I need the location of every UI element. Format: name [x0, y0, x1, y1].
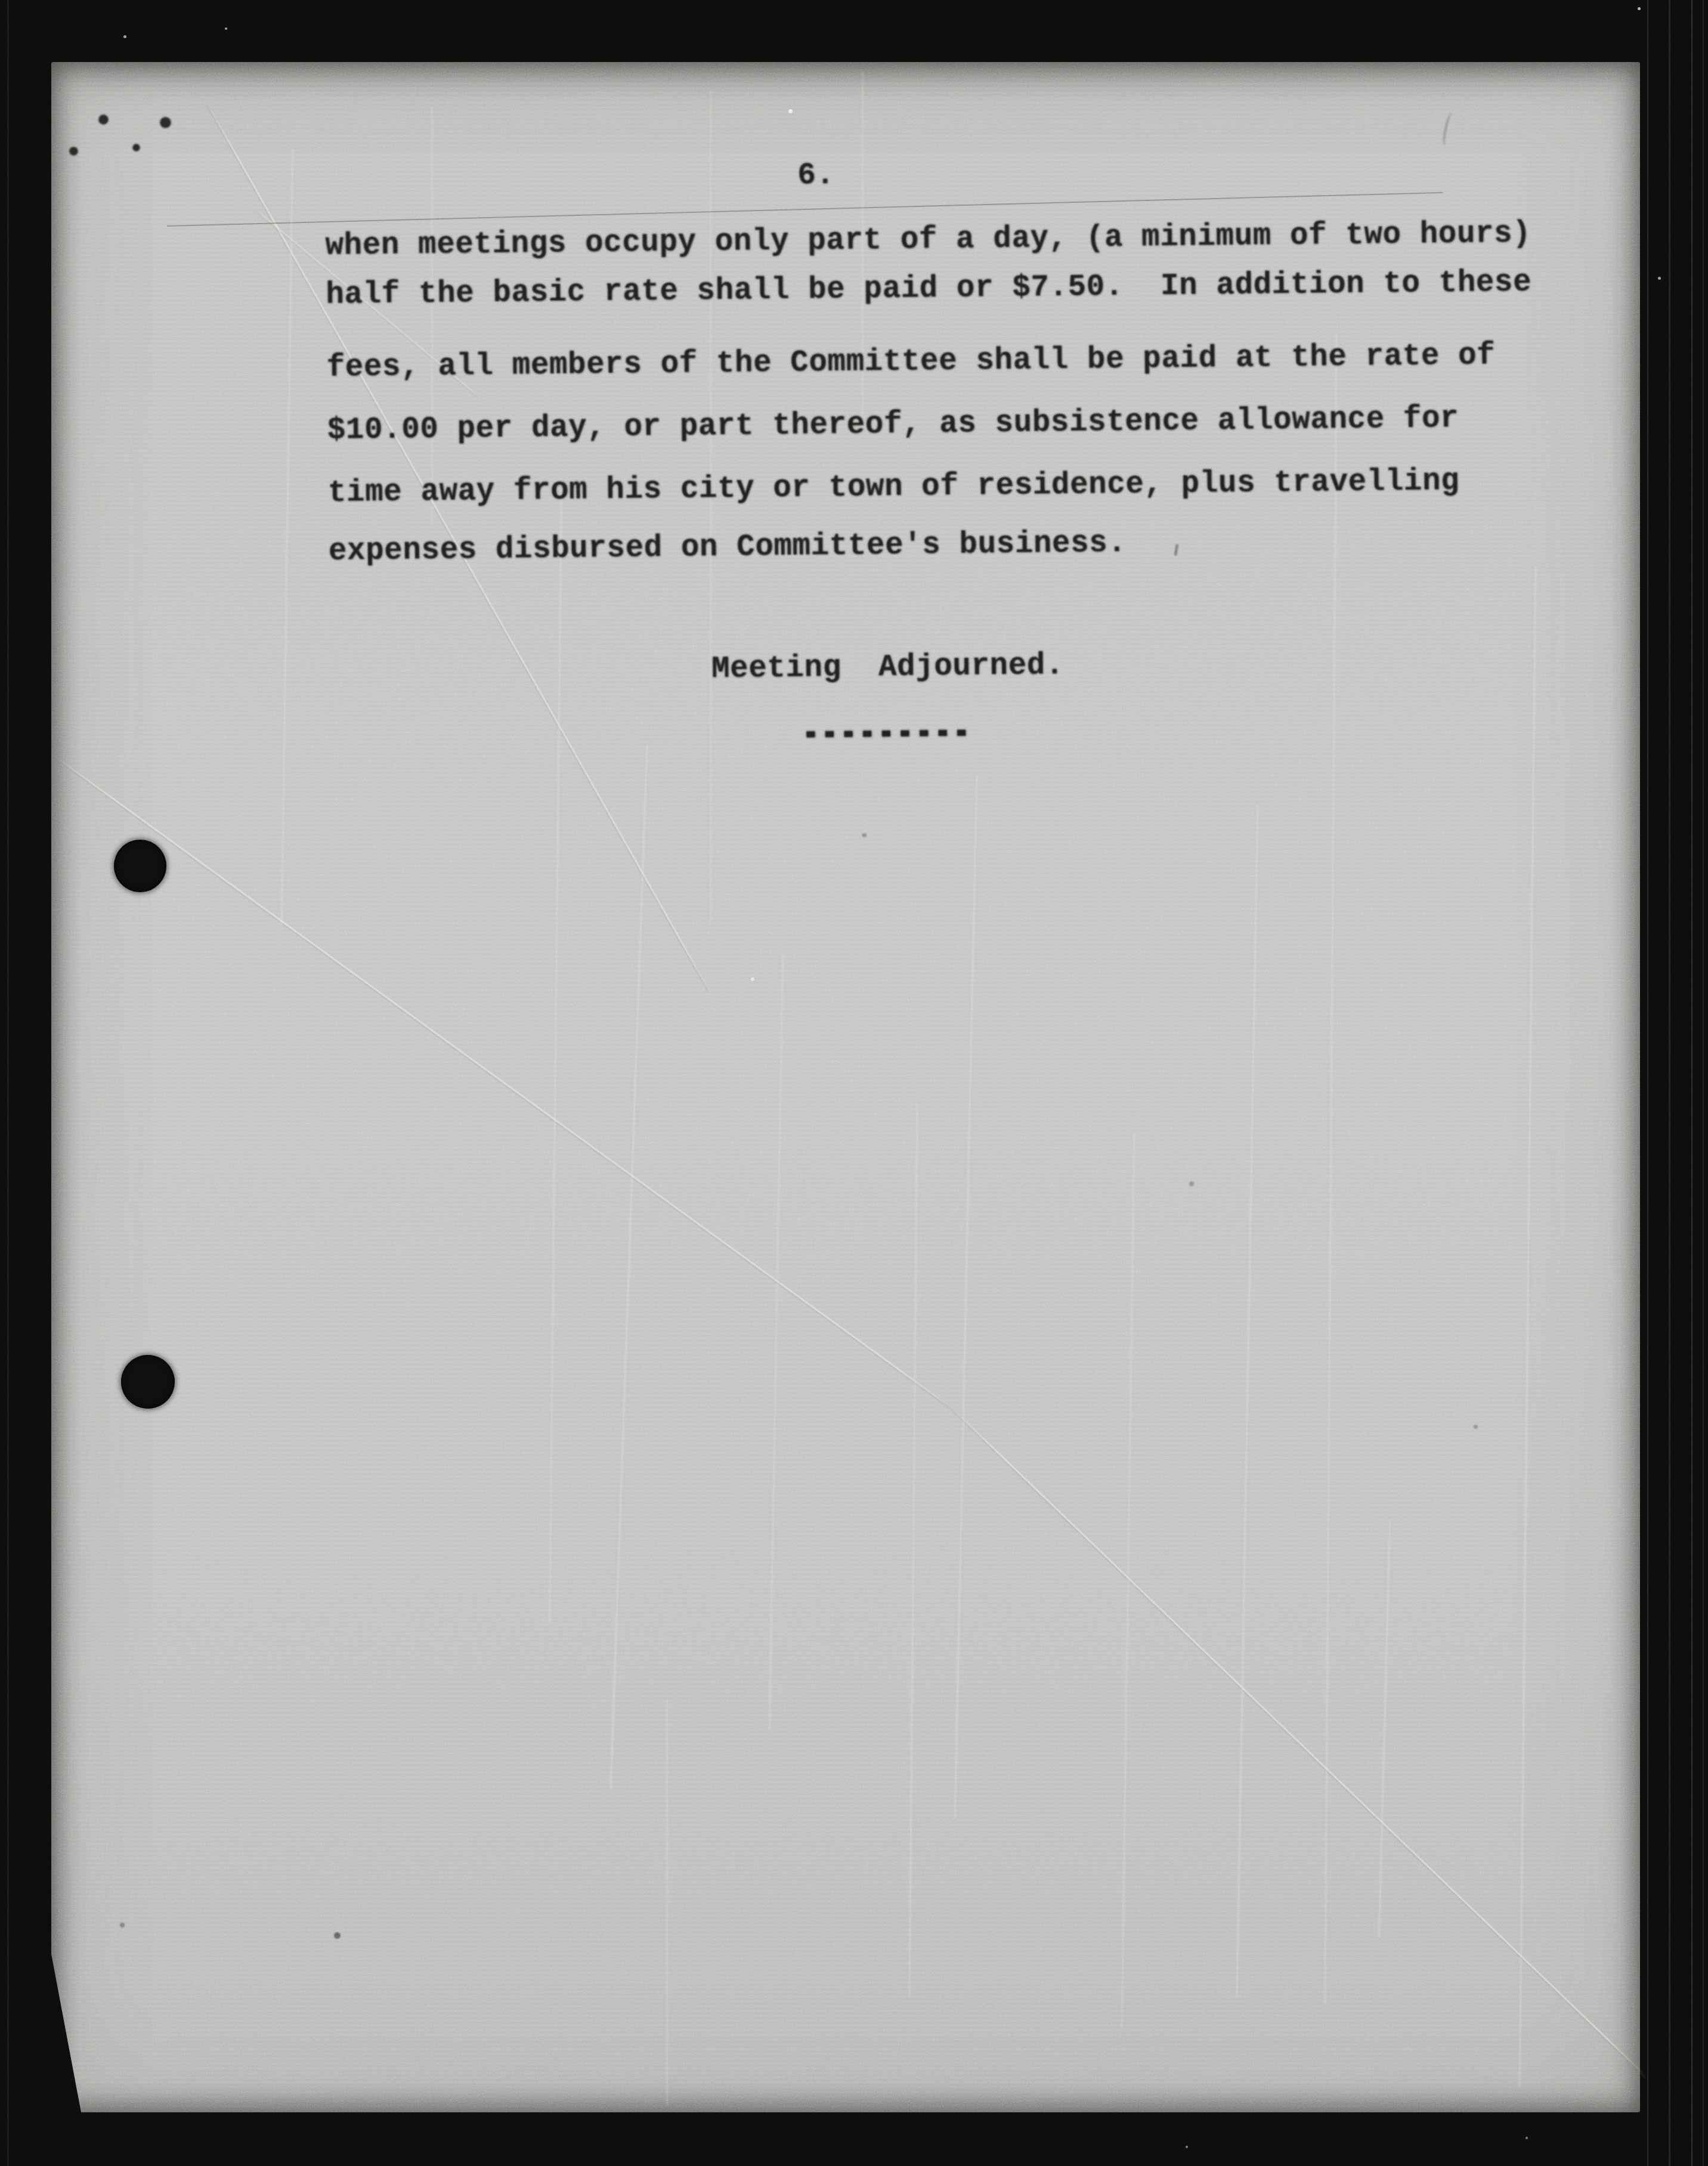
border-scratch [1691, 0, 1692, 2166]
ink-speck [1474, 1425, 1478, 1429]
dust-speck [1514, 90, 1517, 94]
ink-speck [120, 1923, 125, 1927]
body-line: expenses disbursed on Committee's busine… [329, 528, 1127, 567]
hole-punch-bottom [121, 1355, 175, 1409]
scratch-line [666, 1700, 668, 2105]
ink-dot [160, 117, 171, 128]
dust-speck [1638, 7, 1641, 10]
ink-dot [132, 144, 140, 151]
ink-dot [69, 147, 78, 156]
dust-speck [788, 109, 793, 113]
hole-punch-top [114, 840, 166, 892]
body-line: $10.00 per day, or part thereof, as subs… [327, 404, 1459, 446]
border-scratch [7, 0, 9, 2166]
ink-speck [334, 1932, 341, 1939]
page-number: 6. [797, 160, 835, 191]
body-line: half the basic rate shall be paid or $7.… [326, 268, 1531, 311]
dust-speck [123, 35, 126, 38]
photostat-scan: 6. when meetings occupy only part of a d… [0, 0, 1708, 2166]
body-line: time away from his city or town of resid… [328, 466, 1460, 509]
border-scratch [1669, 0, 1670, 2166]
closing-line: Meeting Adjourned. [711, 651, 1065, 685]
dust-speck [1526, 2137, 1528, 2139]
ink-dot [98, 115, 109, 125]
body-line: when meetings occupy only part of a day,… [325, 219, 1531, 262]
dust-speck [1658, 277, 1661, 280]
dust-speck [1186, 2146, 1188, 2148]
ink-speck [1189, 1181, 1194, 1186]
dust-speck [751, 977, 754, 981]
border-scratch [1703, 0, 1704, 2166]
dust-speck [225, 27, 227, 30]
ink-speck [862, 833, 867, 837]
typed-text-block: 6. when meetings occupy only part of a d… [324, 148, 1595, 817]
divider-dashes: --------- [802, 707, 971, 761]
body-line: fees, all members of the Committee shall… [326, 341, 1495, 383]
border-scratch [1647, 0, 1648, 2166]
